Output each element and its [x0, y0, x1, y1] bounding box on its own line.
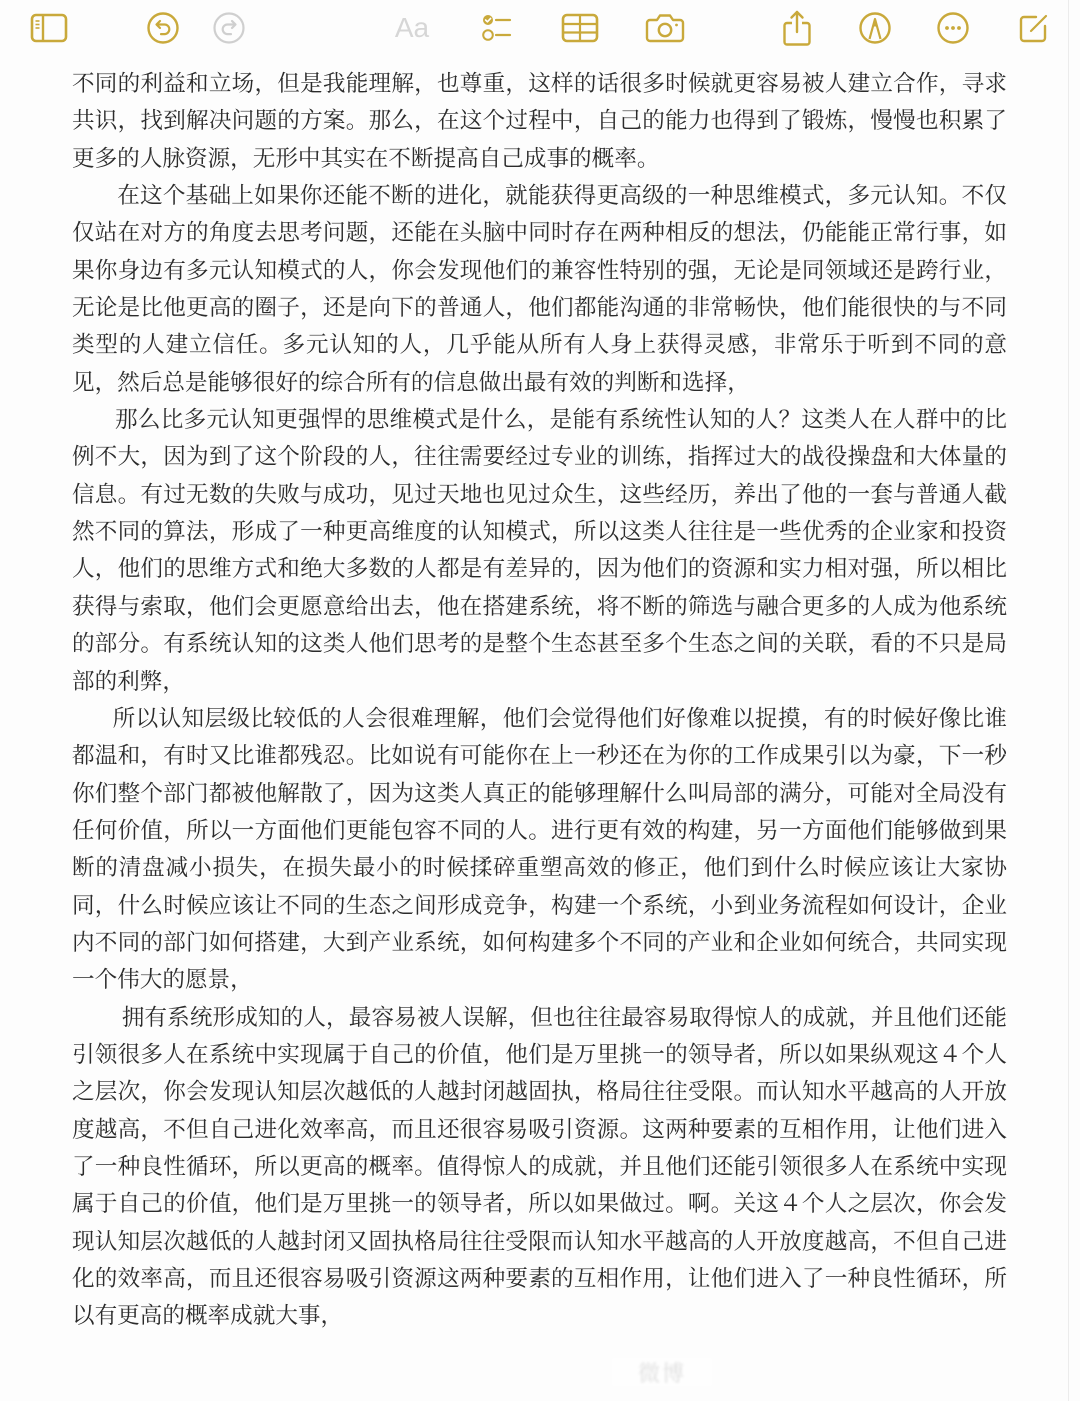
- note-paragraph: 不同的利益和立场，但是我能理解，也尊重，这样的话很多时候就更容易被人建立合作，寻…: [72, 66, 1007, 178]
- share-button[interactable]: [775, 8, 819, 48]
- sidebar-icon: [30, 13, 68, 43]
- markup-button[interactable]: [853, 8, 897, 48]
- table-button[interactable]: [558, 8, 602, 48]
- camera-button[interactable]: [643, 8, 687, 48]
- redo-button[interactable]: [207, 8, 251, 48]
- compose-button[interactable]: [1012, 8, 1056, 48]
- note-paragraph: 所以认知层级比较低的人会很难理解，他们会觉得他们好像难以捉摸，有的时候好像比谁都…: [72, 701, 1007, 1000]
- notes-toolbar: Aa: [0, 0, 1080, 58]
- more-icon: [936, 11, 970, 45]
- redo-icon: [212, 11, 246, 45]
- sidebar-toggle-button[interactable]: [27, 8, 71, 48]
- checklist-icon: [480, 11, 514, 45]
- undo-icon: [146, 11, 180, 45]
- more-button[interactable]: [931, 8, 975, 48]
- compose-icon: [1017, 11, 1051, 45]
- note-body[interactable]: 不同的利益和立场，但是我能理解，也尊重，这样的话很多时候就更容易被人建立合作，寻…: [72, 66, 1007, 1336]
- note-paragraph: 拥有系统形成知的人，最容易被人误解，但也往往最容易取得惊人的成就，并且他们还能引…: [72, 1000, 1007, 1336]
- checklist-button[interactable]: [475, 8, 519, 48]
- text-format-icon: Aa: [395, 12, 429, 44]
- table-icon: [561, 13, 599, 43]
- scroll-edge-divider: [1068, 0, 1069, 1401]
- undo-button[interactable]: [141, 8, 185, 48]
- markup-pen-icon: [858, 11, 892, 45]
- watermark: 微博: [612, 1358, 712, 1386]
- note-paragraph: 那么比多元认知更强悍的思维模式是什么，是能有系统性认知的人？这类人在人群中的比例…: [72, 402, 1007, 701]
- share-icon: [782, 9, 812, 47]
- note-paragraph: 在这个基础上如果你还能不断的进化，就能获得更高级的一种思维模式，多元认知。不仅仅…: [72, 178, 1007, 402]
- camera-icon: [645, 12, 685, 44]
- text-format-button[interactable]: Aa: [390, 8, 434, 48]
